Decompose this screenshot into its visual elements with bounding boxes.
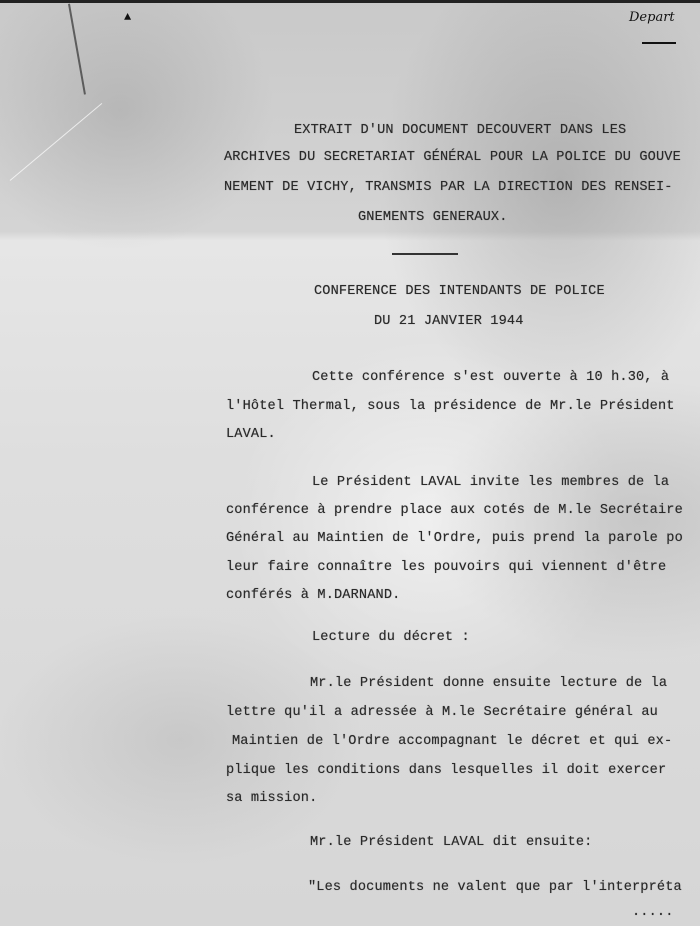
- paragraph-line: conférés à M.DARNAND.: [226, 588, 400, 604]
- paper-fold-crease: [68, 4, 86, 95]
- paragraph-line: leur faire connaître les pouvoirs qui vi…: [226, 560, 666, 576]
- paragraph-line: lettre qu'il a adressée à M.le Secrétair…: [226, 705, 658, 721]
- header-line: GNEMENTS GENERAUX.: [358, 210, 508, 226]
- paragraph-line: Général au Maintien de l'Ordre, puis pre…: [226, 531, 683, 547]
- paragraph-line: conférence à prendre place aux cotés de …: [226, 503, 683, 519]
- paragraph-line: LAVAL.: [226, 427, 276, 443]
- paragraph-line: Mr.le Président LAVAL dit ensuite:: [310, 835, 592, 851]
- paragraph-line: Maintien de l'Ordre accompagnant le décr…: [232, 734, 672, 750]
- paragraph-line: Le Président LAVAL invite les membres de…: [312, 475, 669, 491]
- scan-edge: [0, 0, 700, 3]
- conference-date: DU 21 JANVIER 1944: [374, 314, 524, 330]
- handwritten-annotation: Depart: [629, 10, 675, 25]
- separator-rule: [392, 253, 458, 255]
- handwritten-underline: [642, 42, 676, 44]
- continuation-dots: .....: [632, 905, 674, 921]
- header-line: ARCHIVES DU SECRETARIAT GÉNÉRAL POUR LA …: [224, 150, 681, 166]
- header-line: NEMENT DE VICHY, TRANSMIS PAR LA DIRECTI…: [224, 180, 673, 196]
- paragraph-line: l'Hôtel Thermal, sous la présidence de M…: [226, 399, 675, 415]
- paper-fold-crease: [10, 103, 103, 181]
- section-heading: Lecture du décret :: [312, 630, 470, 646]
- scanned-document-page: ▲ Depart EXTRAIT D'UN DOCUMENT DECOUVERT…: [0, 0, 700, 926]
- header-line: EXTRAIT D'UN DOCUMENT DECOUVERT DANS LES: [294, 123, 626, 139]
- paragraph-line: sa mission.: [226, 791, 317, 807]
- conference-title: CONFERENCE DES INTENDANTS DE POLICE: [314, 284, 605, 300]
- paragraph-line: Cette conférence s'est ouverte à 10 h.30…: [312, 370, 669, 386]
- paragraph-line: plique les conditions dans lesquelles il…: [226, 763, 666, 779]
- paragraph-line: Mr.le Président donne ensuite lecture de…: [310, 676, 667, 692]
- corner-mark-icon: ▲: [124, 10, 131, 24]
- quote-line: "Les documents ne valent que par l'inter…: [308, 880, 682, 896]
